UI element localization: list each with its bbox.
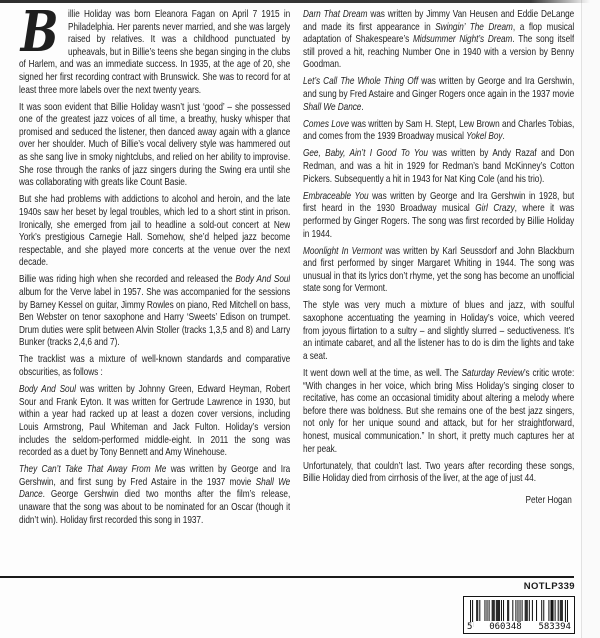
song-title-text: Body And Soul bbox=[19, 384, 76, 395]
body-text: . bbox=[502, 131, 504, 142]
body-text: It was soon evident that Billie Holiday … bbox=[19, 102, 290, 189]
liner-notes-paragraph: Darn That Dream was written by Jimmy Van… bbox=[303, 9, 574, 72]
liner-notes-paragraph: Comes Love was written by Sam H. Stept, … bbox=[303, 119, 574, 144]
right-column-text: Darn That Dream was written by Jimmy Van… bbox=[303, 9, 574, 507]
right-column: Darn That Dream was written by Jimmy Van… bbox=[303, 9, 574, 575]
liner-notes-paragraph: Unfortunately, that couldn’t last. Two y… bbox=[303, 461, 574, 486]
liner-notes-paragraph: It was soon evident that Billie Holiday … bbox=[19, 102, 290, 190]
barcode-digit-group: 5 bbox=[466, 622, 473, 632]
liner-notes-paragraph: Billie was riding high when she recorded… bbox=[19, 274, 290, 350]
barcode-digits: 5060348583394 bbox=[466, 622, 572, 632]
liner-notes-content: Billie Holiday was born Eleanora Fagan o… bbox=[19, 9, 574, 575]
right-edge-seam bbox=[581, 0, 582, 638]
liner-notes-paragraph: But she had problems with addictions to … bbox=[19, 194, 290, 270]
song-title-text: Girl Crazy bbox=[475, 203, 514, 214]
body-text: Billie was riding high when she recorded… bbox=[19, 274, 235, 285]
left-column: Billie Holiday was born Eleanora Fagan o… bbox=[19, 9, 290, 575]
body-text: album for the Verve label in 1957. She w… bbox=[19, 287, 290, 348]
liner-notes-paragraph: The style was very much a mixture of blu… bbox=[303, 300, 574, 363]
liner-notes-paragraph: The tracklist was a mixture of well-know… bbox=[19, 354, 290, 379]
body-text: . bbox=[361, 102, 363, 113]
liner-notes-paragraph: Let’s Call The Whole Thing Off was writt… bbox=[303, 76, 574, 114]
body-text: Unfortunately, that couldn’t last. Two y… bbox=[303, 461, 574, 485]
liner-notes-paragraph: Gee, Baby, Ain’t I Good To You was writt… bbox=[303, 148, 574, 186]
barcode-digit-group: 583394 bbox=[537, 622, 572, 632]
song-title-text: Darn That Dream bbox=[303, 9, 367, 20]
song-title-text: Saturday Review bbox=[462, 368, 524, 379]
song-title-text: Body And Soul bbox=[235, 274, 290, 285]
barcode-digit-group: 060348 bbox=[488, 622, 523, 632]
album-liner-notes-page: Billie Holiday was born Eleanora Fagan o… bbox=[0, 0, 600, 638]
liner-notes-paragraph: It went down well at the time, as well. … bbox=[303, 368, 574, 456]
liner-notes-paragraph: They Can’t Take That Away From Me was wr… bbox=[19, 464, 290, 527]
body-text: The tracklist was a mixture of well-know… bbox=[19, 354, 290, 378]
divider-rule bbox=[0, 576, 574, 578]
catalog-number: NOTLP339 bbox=[524, 581, 575, 592]
barcode: 5060348583394 bbox=[463, 596, 575, 634]
liner-notes-paragraph: Billie Holiday was born Eleanora Fagan o… bbox=[19, 9, 290, 97]
body-text: But she had problems with addictions to … bbox=[19, 194, 290, 268]
right-edge-band bbox=[582, 0, 600, 638]
liner-notes-paragraph: Moonlight In Vermont was written by Karl… bbox=[303, 246, 574, 296]
song-title-text: Comes Love bbox=[303, 119, 349, 130]
body-text: The style was very much a mixture of blu… bbox=[303, 300, 574, 361]
song-title-text: Embraceable You bbox=[303, 191, 369, 202]
song-title-text: They Can’t Take That Away From Me bbox=[19, 464, 166, 475]
song-title-text: Let’s Call The Whole Thing Off bbox=[303, 76, 418, 87]
song-title-text: Swingin’ The Dream bbox=[435, 22, 513, 33]
drop-cap-letter: B bbox=[19, 9, 68, 53]
song-title-text: Moonlight In Vermont bbox=[303, 246, 382, 257]
left-column-text: Billie Holiday was born Eleanora Fagan o… bbox=[19, 9, 290, 527]
body-text: . George Gershwin died two months after … bbox=[19, 489, 290, 525]
byline-author: Peter Hogan bbox=[303, 495, 574, 508]
liner-notes-paragraph: Embraceable You was written by George an… bbox=[303, 191, 574, 241]
song-title-text: Gee, Baby, Ain’t I Good To You bbox=[303, 148, 428, 159]
top-edge-artifact bbox=[0, 0, 590, 3]
song-title-text: Midsummer Night’s Dream bbox=[413, 34, 512, 45]
body-text: was written by Johnny Green, Edward Heym… bbox=[19, 384, 290, 458]
liner-notes-paragraph: Body And Soul was written by Johnny Gree… bbox=[19, 384, 290, 460]
song-title-text: Shall We Dance bbox=[303, 102, 361, 113]
body-text: ’s critic wrote: “With changes in her vo… bbox=[303, 368, 574, 455]
body-text: It went down well at the time, as well. … bbox=[303, 368, 462, 379]
song-title-text: Yokel Boy bbox=[466, 131, 502, 142]
